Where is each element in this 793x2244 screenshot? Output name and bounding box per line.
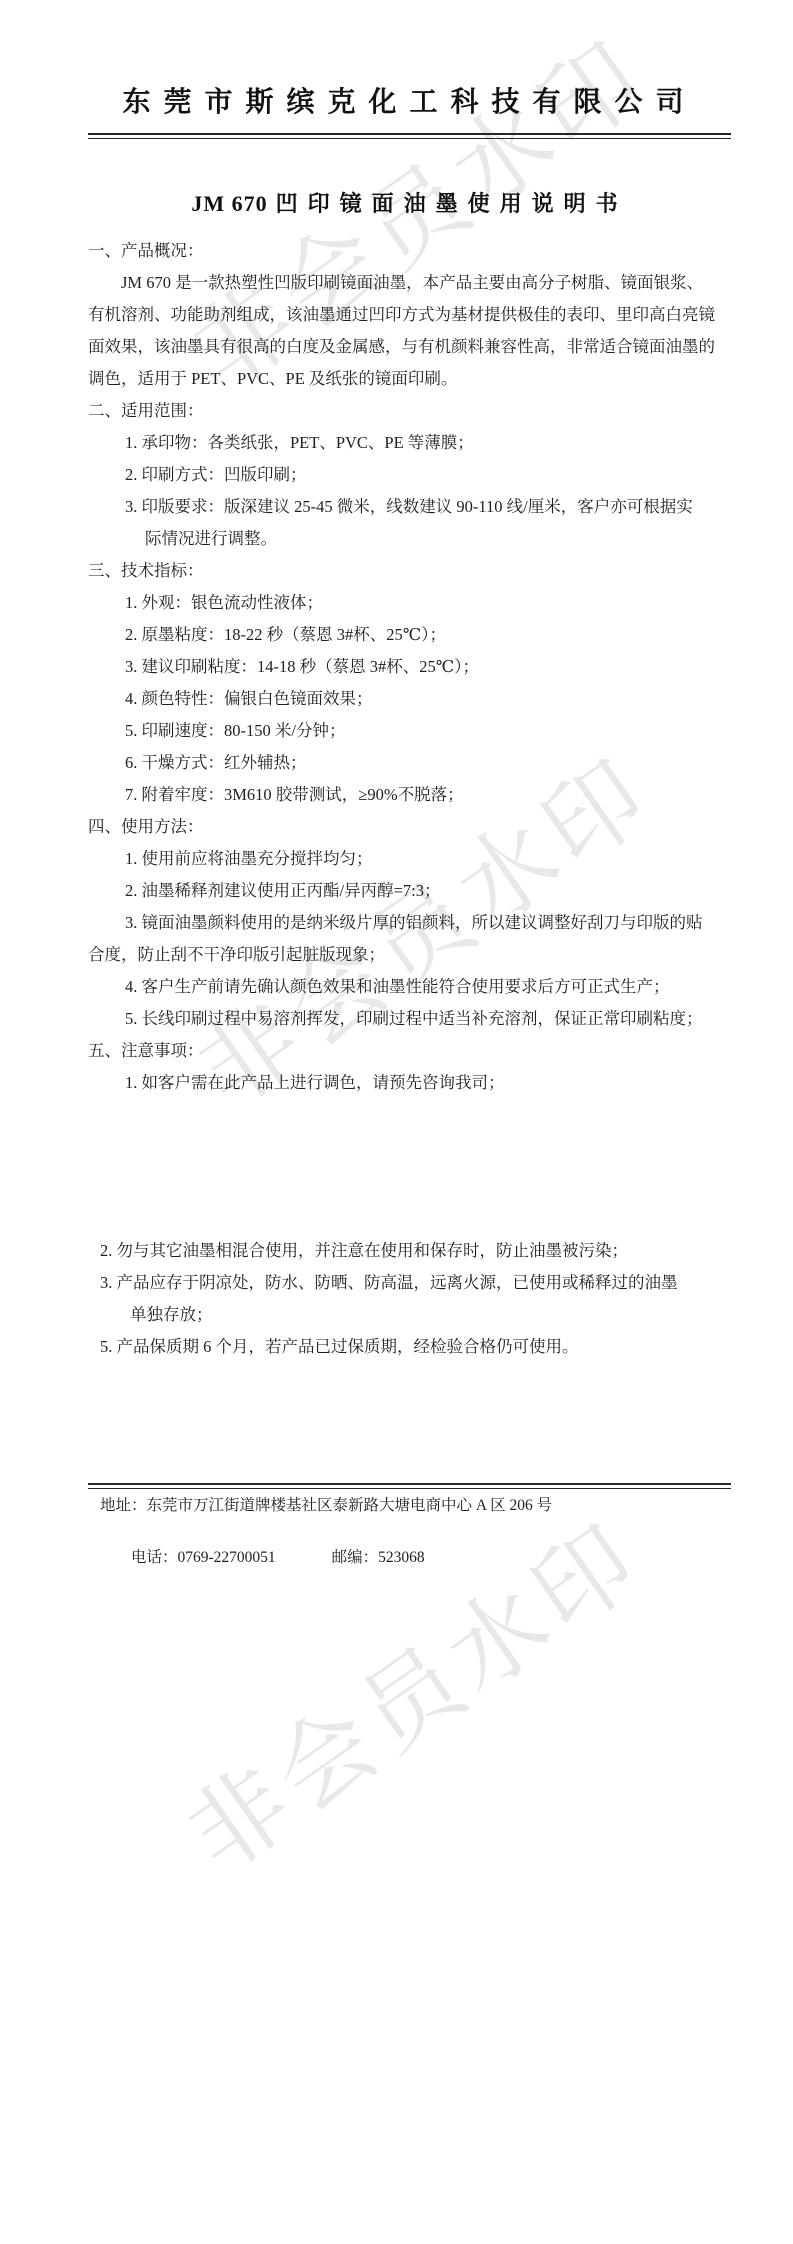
doc-line: 单独存放； [130, 1299, 731, 1331]
doc-line: 面效果，该油墨具有很高的白度及金属感，与有机颜料兼容性高，非常适合镜面油墨的 [88, 331, 731, 363]
footer-address: 地址：东莞市万江街道牌楼基社区泰新路大塘电商中心 A 区 206 号 [100, 1493, 731, 1519]
doc-line: 调色，适用于 PET、PVC、PE 及纸张的镜面印刷。 [88, 363, 731, 395]
company-name: 东莞市斯缤克化工科技有限公司 [88, 86, 731, 120]
doc-line: 2. 油墨稀释剂建议使用正丙酯/异丙醇=7:3； [125, 875, 731, 907]
document-page: 非会员水印 非会员水印 非会员水印 东莞市斯缤克化工科技有限公司 JM 670凹… [0, 0, 793, 2244]
doc-line: 1. 外观：银色流动性液体； [125, 587, 731, 619]
doc-line: 1. 承印物：各类纸张，PET、PVC、PE 等薄膜； [125, 427, 731, 459]
doc-line: 四、使用方法： [88, 811, 731, 843]
footer-text: 地址：东莞市万江街道牌楼基社区泰新路大塘电商中心 A 区 206 号 电话：07… [88, 1489, 731, 1597]
document-title: JM 670凹印镜面油墨使用说明书 [88, 189, 731, 219]
doc-line: 二、适用范围： [88, 395, 731, 427]
doc-line: 6. 干燥方式：红外辅热； [125, 747, 731, 779]
doc-line: 合度，防止刮不干净印版引起脏版现象； [88, 939, 731, 971]
doc-line: 1. 如客户需在此产品上进行调色，请预先咨询我司； [125, 1067, 731, 1099]
doc-line: 3. 建议印刷粘度：14-18 秒（蔡恩 3#杯、25℃）； [125, 651, 731, 683]
doc-line: 2. 勿与其它油墨相混合使用，并注意在使用和保存时，防止油墨被污染； [100, 1235, 731, 1267]
footer-postcode: 邮编：523068 [332, 1549, 425, 1566]
doc-line: 一、产品概况： [88, 235, 731, 267]
document-title-zh: 凹印镜面油墨使用说明书 [276, 191, 628, 216]
doc-line: 4. 颜色特性：偏银白色镜面效果； [125, 683, 731, 715]
doc-line: 5. 长线印刷过程中易溶剂挥发，印刷过程中适当补充溶剂，保证正常印刷粘度； [125, 1003, 731, 1035]
footer-contact: 电话：0769-22700051邮编：523068 [100, 1519, 731, 1597]
doc-line: 4. 客户生产前请先确认颜色效果和油墨性能符合使用要求后方可正式生产； [125, 971, 731, 1003]
doc-line: 2. 印刷方式：凹版印刷； [125, 459, 731, 491]
doc-line: 际情况进行调整。 [145, 523, 731, 555]
footer-phone: 电话：0769-22700051 [131, 1549, 276, 1566]
document-body: 一、产品概况： JM 670 是一款热塑性凹版印刷镜面油墨，本产品主要由高分子树… [88, 235, 731, 1363]
doc-line: 3. 产品应存于阴凉处，防水、防晒、防高温，远离火源，已使用或稀释过的油墨 [100, 1267, 731, 1299]
doc-line: 三、技术指标： [88, 555, 731, 587]
doc-line: 3. 印版要求：版深建议 25-45 微米，线数建议 90-110 线/厘米，客… [125, 491, 731, 523]
doc-line: 5. 印刷速度：80-150 米/分钟； [125, 715, 731, 747]
doc-line: 1. 使用前应将油墨充分搅拌均匀； [125, 843, 731, 875]
document-title-model: JM 670 [191, 191, 267, 216]
doc-line: 3. 镜面油墨颜料使用的是纳米级片厚的铝颜料，所以建议调整好刮刀与印版的贴 [125, 907, 731, 939]
doc-line: 有机溶剂、功能助剂组成，该油墨通过凹印方式为基材提供极佳的表印、里印高白亮镜 [88, 299, 731, 331]
doc-line: 7. 附着牢度：3M610 胶带测试，≥90%不脱落； [125, 779, 731, 811]
header-divider [88, 133, 731, 139]
doc-line [88, 1099, 731, 1235]
doc-line: JM 670 是一款热塑性凹版印刷镜面油墨，本产品主要由高分子树脂、镜面银浆、 [121, 267, 731, 299]
doc-line: 2. 原墨粘度：18-22 秒（蔡恩 3#杯、25℃）； [125, 619, 731, 651]
document-content: 东莞市斯缤克化工科技有限公司 JM 670凹印镜面油墨使用说明书 一、产品概况：… [88, 0, 731, 1363]
document-footer: 地址：东莞市万江街道牌楼基社区泰新路大塘电商中心 A 区 206 号 电话：07… [88, 1483, 731, 1597]
doc-line: 五、注意事项： [88, 1035, 731, 1067]
doc-line: 5. 产品保质期 6 个月，若产品已过保质期，经检验合格仍可使用。 [100, 1331, 731, 1363]
